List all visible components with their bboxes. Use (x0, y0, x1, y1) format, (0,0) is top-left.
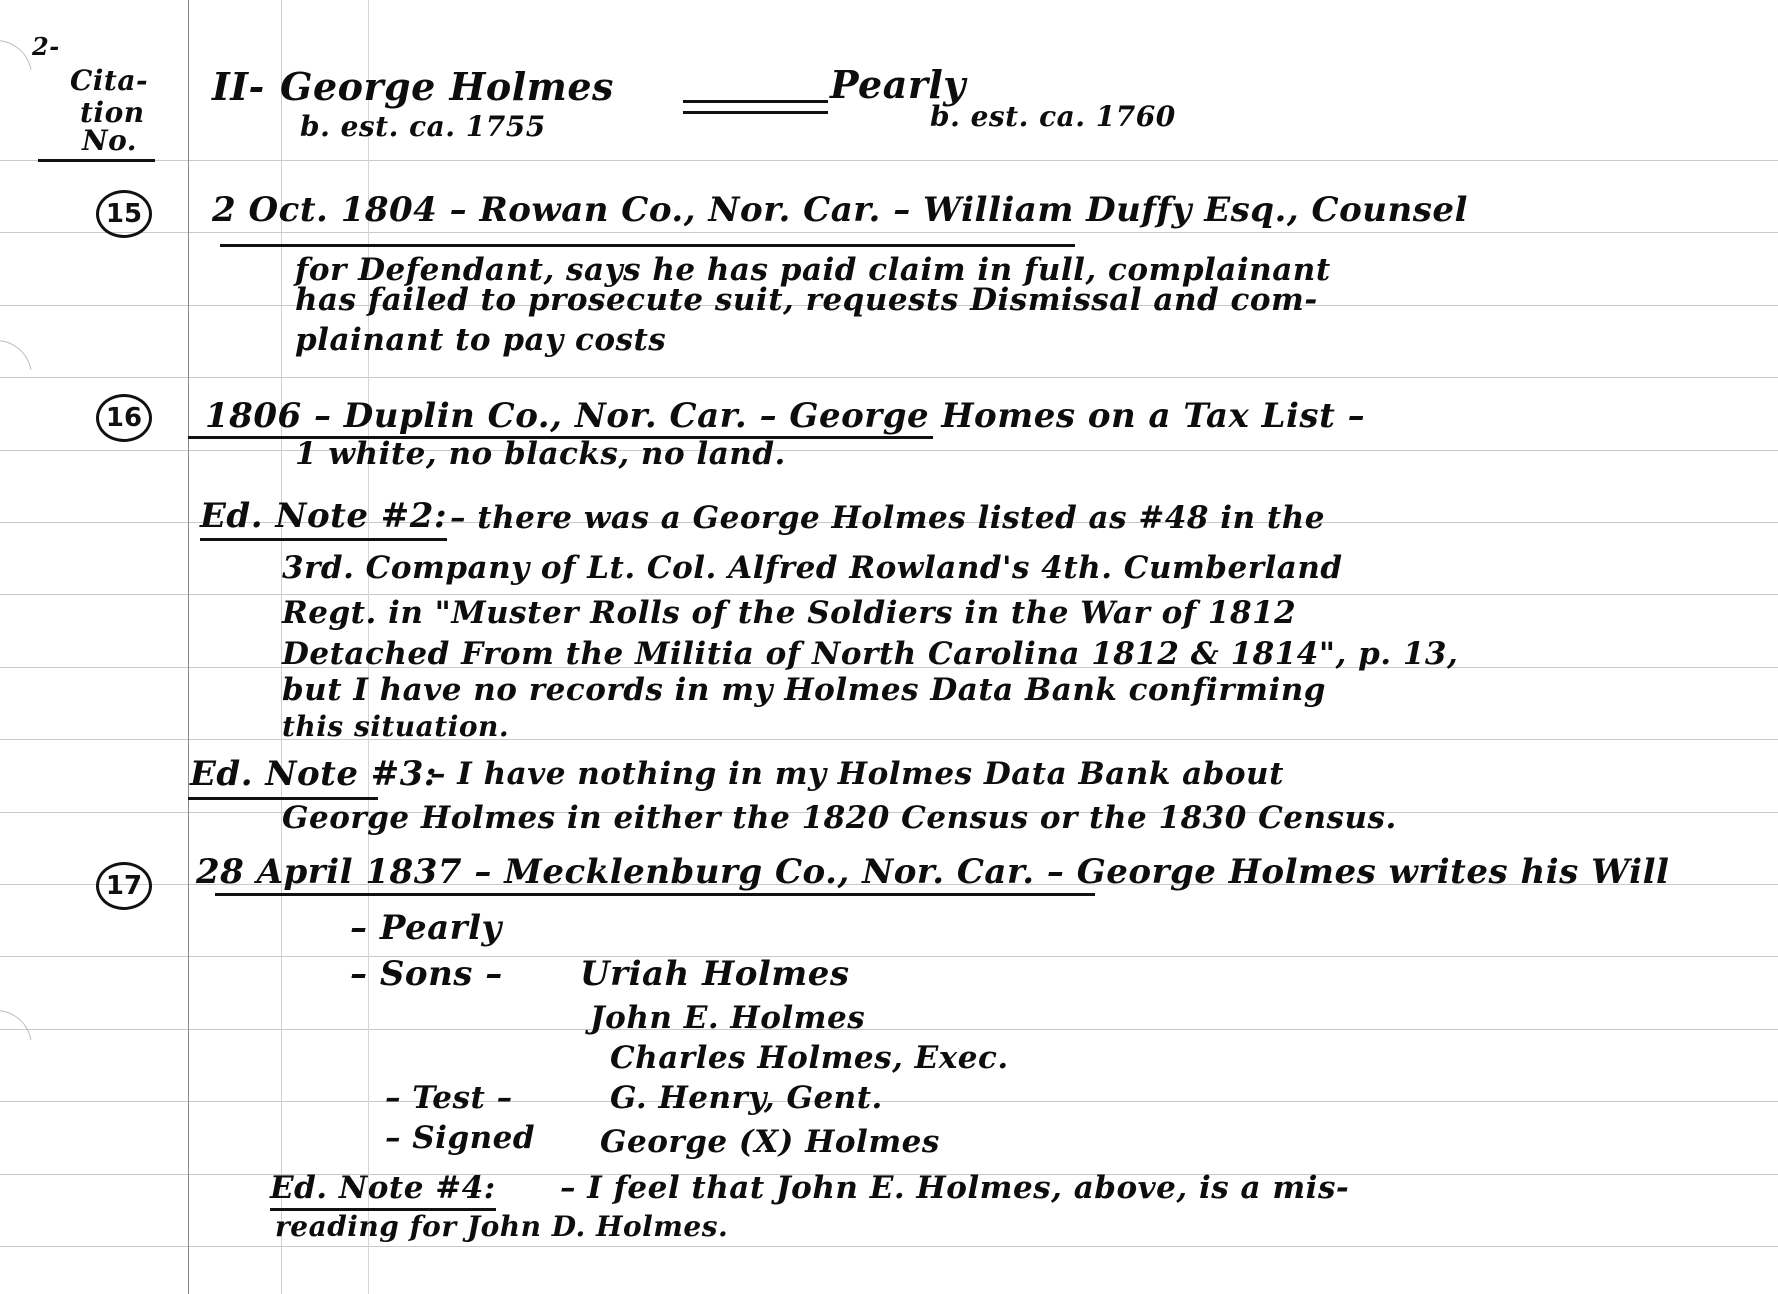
ruled-line (0, 739, 1778, 740)
will-son: John E. Holmes (590, 1000, 865, 1036)
ruled-line (0, 377, 1778, 378)
ed-note-line: 3rd. Company of Lt. Col. Alfred Rowland'… (282, 550, 1343, 586)
ed-note-line: – I feel that John E. Holmes, above, is … (560, 1170, 1349, 1206)
header-label-line: No. (38, 124, 155, 162)
heading-underline (220, 244, 1075, 247)
notebook-page: 2- Cita- tion No. II- George Holmes b. e… (0, 0, 1778, 1294)
ruled-line (0, 1029, 1778, 1030)
ed-note-label: Ed. Note #2: (200, 496, 447, 541)
ed-note-line: but I have no records in my Holmes Data … (282, 672, 1326, 708)
citation-heading: 2 Oct. 1804 – Rowan Co., Nor. Car. – Wil… (212, 190, 1468, 230)
husband-birth: b. est. ca. 1755 (300, 110, 546, 143)
ed-note-line: – there was a George Holmes listed as #4… (450, 500, 1325, 536)
will-sons-label: – Sons – (350, 954, 503, 994)
generation-marker: II- (212, 64, 265, 109)
ed-note-line: George Holmes in either the 1820 Census … (282, 800, 1397, 836)
ed-note-line: Detached From the Militia of North Carol… (282, 636, 1458, 672)
punch-hole-shadow (0, 326, 46, 426)
will-son: Charles Holmes, Exec. (610, 1040, 1009, 1076)
header-label-line: Cita- (70, 64, 148, 97)
ed-note-line: Regt. in "Muster Rolls of the Soldiers i… (282, 595, 1296, 631)
wife-birth: b. est. ca. 1760 (930, 100, 1176, 133)
ruled-line (0, 956, 1778, 957)
will-signed-label: – Signed (385, 1120, 535, 1156)
heading-underline (215, 893, 1095, 896)
citation-text-line: 1 white, no blacks, no land. (295, 436, 786, 472)
citation-text-line: plainant to pay costs (295, 322, 666, 358)
citation-number: 15 (96, 190, 152, 238)
citation-text-line: has failed to prosecute suit, requests D… (295, 282, 1318, 318)
ed-note-label: Ed. Note #3: (190, 754, 437, 794)
ruled-line (0, 1246, 1778, 1247)
ruled-line (0, 1101, 1778, 1102)
ruled-line (0, 450, 1778, 451)
ed-note-line: this situation. (282, 710, 509, 743)
husband-name: George Holmes (280, 64, 614, 109)
ed-note-line: – I have nothing in my Holmes Data Bank … (430, 756, 1284, 792)
citation-heading: 1806 – Duplin Co., Nor. Car. – George Ho… (205, 396, 1365, 436)
ed-note-label: Ed. Note #4: (270, 1170, 496, 1211)
citation-number: 17 (96, 862, 152, 910)
citation-heading: 28 April 1837 – Mecklenburg Co., Nor. Ca… (196, 852, 1669, 892)
citation-number: 16 (96, 394, 152, 442)
will-son: Uriah Holmes (580, 954, 850, 994)
marriage-sign (683, 100, 828, 114)
will-test-label: – Test – (385, 1080, 513, 1116)
will-signature: George (X) Holmes (600, 1124, 940, 1160)
will-witness: G. Henry, Gent. (610, 1080, 883, 1116)
will-wife: – Pearly (350, 908, 502, 948)
ed-note-line: reading for John D. Holmes. (275, 1210, 728, 1243)
page-marker: 2- (32, 32, 60, 61)
ruled-line (0, 232, 1778, 233)
punch-hole-shadow (0, 996, 46, 1096)
margin-line (188, 0, 189, 1294)
ruled-line (0, 160, 1778, 161)
